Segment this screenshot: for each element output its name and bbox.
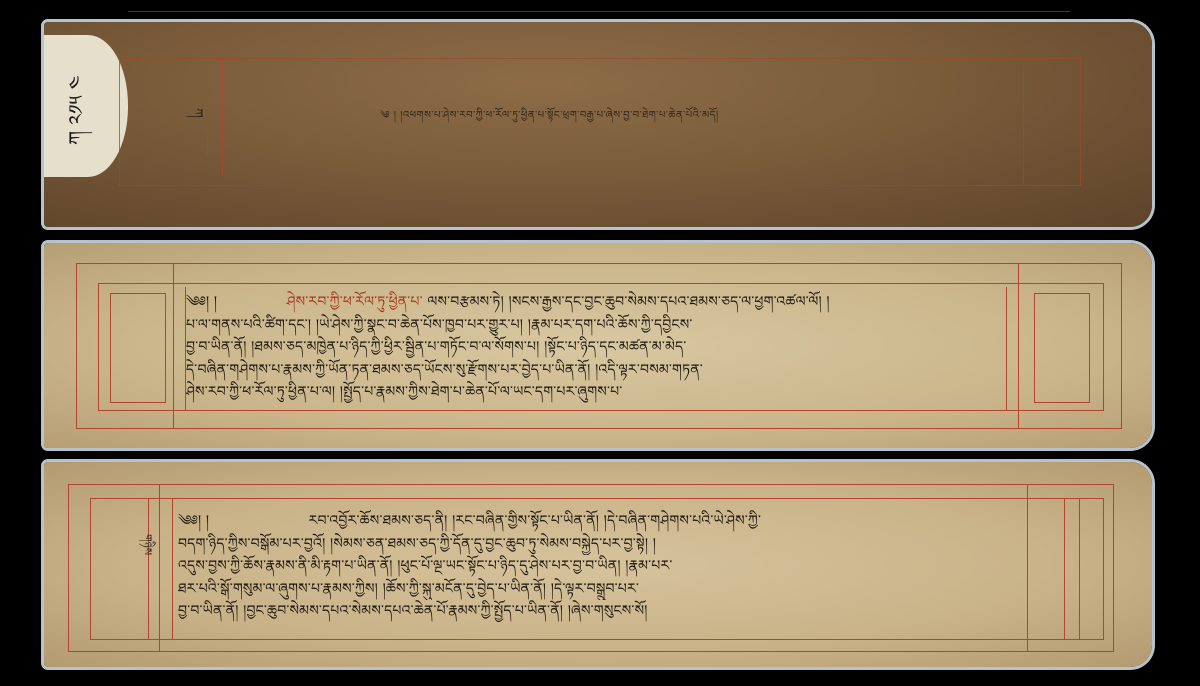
text-block-left-rule: [172, 498, 173, 640]
text-block-right-rule: [1064, 498, 1065, 640]
top-divider: [128, 11, 1070, 12]
cover-folio: ཀ ༢༡༥ ༤ ཀ ༄ ། །འཕགས་པ་ཤེས་རབ་ཀྱི་ཕ་རོལ་ཏ…: [44, 22, 1152, 227]
text-line: བདག་ཉིད་ཀྱིས་བསྒོམ་པར་བྱའོ། །སེམས་ཅན་ཐམས…: [178, 533, 1060, 556]
opening-mark: ༄༅། །: [186, 294, 217, 310]
cover-margin-mark: ཀ: [177, 108, 217, 118]
text-line: ཐར་པའི་སྒོ་གསུམ་ལ་ཞུགས་པ་རྣམས་ཀྱིས། །ཆོས…: [178, 578, 1060, 601]
folio-2-text-block: ༄༅། ། རབ་འབྱོར་ཆོས་ཐམས་ཅད་ནི། །རང་བཞིན་ག…: [178, 510, 1060, 623]
left-inner-panel: [110, 293, 166, 403]
folio-2: གཉིས ༄༅། ། རབ་འབྱོར་ཆོས་ཐམས་ཅད་ནི། །རང་བ…: [44, 462, 1152, 667]
line-text: རབ་འབྱོར་ཆོས་ཐམས་ཅད་ནི། །རང་བཞིན་གྱིས་སྟ…: [309, 513, 762, 529]
red-heading: ཤེས་རབ་ཀྱི་ཕ་རོལ་ཏུ་ཕྱིན་པ་: [287, 294, 423, 310]
text-line: ཤེས་རབ་ཀྱི་ཕ་རོལ་ཏུ་ཕྱིན་པ་ལ། །སྤྱོད་པ་ར…: [186, 381, 1012, 404]
cover-frame-divider: [207, 58, 208, 156]
text-line: བྱ་བ་ཡིན་ནོ། །ཐམས་ཅད་མཁྱེན་པ་ཉིད་ཀྱི་ཕྱི…: [186, 336, 1012, 359]
text-line: བྱ་བ་ཡིན་ནོ། །བྱང་ཆུབ་སེམས་དཔའ་སེམས་དཔའ་…: [178, 600, 1060, 623]
cover-title: ༄ ། །འཕགས་པ་ཤེས་རབ་ཀྱི་ཕ་རོལ་ཏུ་ཕྱིན་པ་ས…: [380, 104, 719, 132]
text-line: འདུས་བྱས་ཀྱི་ཆོས་རྣམས་ནི་མི་རྟག་པ་ཡིན་ནོ…: [178, 555, 1060, 578]
text-line: ༄༅། ། རབ་འབྱོར་ཆོས་ཐམས་ཅད་ནི། །རང་བཞིན་ག…: [178, 510, 1060, 533]
text-line: དེ་བཞིན་གཤེགས་པ་རྣམས་ཀྱི་ཡོན་ཏན་ཐམས་ཅད་ཡ…: [186, 359, 1012, 382]
cover-frame-divider: [1023, 66, 1024, 184]
opening-mark: ༄༅། །: [178, 513, 209, 529]
right-inner-rule: [1079, 498, 1080, 640]
folio-number-mark: གཉིས: [132, 534, 163, 555]
catalog-label-text: ཀ ༢༡༥ ༤: [54, 76, 110, 146]
line-text: ལས་བརྩམས་ཏེ། །སངས་རྒྱས་དང་བྱང་ཆུབ་སེམས་ད…: [427, 294, 829, 310]
catalog-label-slip: ཀ ༢༡༥ ༤: [44, 35, 128, 177]
text-line: ༄༅། ། ཤེས་རབ་ཀྱི་ཕ་རོལ་ཏུ་ཕྱིན་པ་ ལས་བརྩ…: [186, 291, 1012, 314]
folio-1-text-block: ༄༅། ། ཤེས་རབ་ཀྱི་ཕ་རོལ་ཏུ་ཕྱིན་པ་ ལས་བརྩ…: [186, 291, 1012, 404]
cover-frame-divider: [222, 58, 223, 176]
right-inner-panel: [1034, 293, 1090, 403]
folio-1: ༄༅། ། ཤེས་རབ་ཀྱི་ཕ་རོལ་ཏུ་ཕྱིན་པ་ ལས་བརྩ…: [44, 243, 1152, 448]
text-line: པ་ལ་གནས་པའི་ཚིག་དང་། །ཡེ་ཤེས་ཀྱི་སྣང་བ་ཆ…: [186, 314, 1012, 337]
left-inner-rule: [148, 498, 149, 640]
